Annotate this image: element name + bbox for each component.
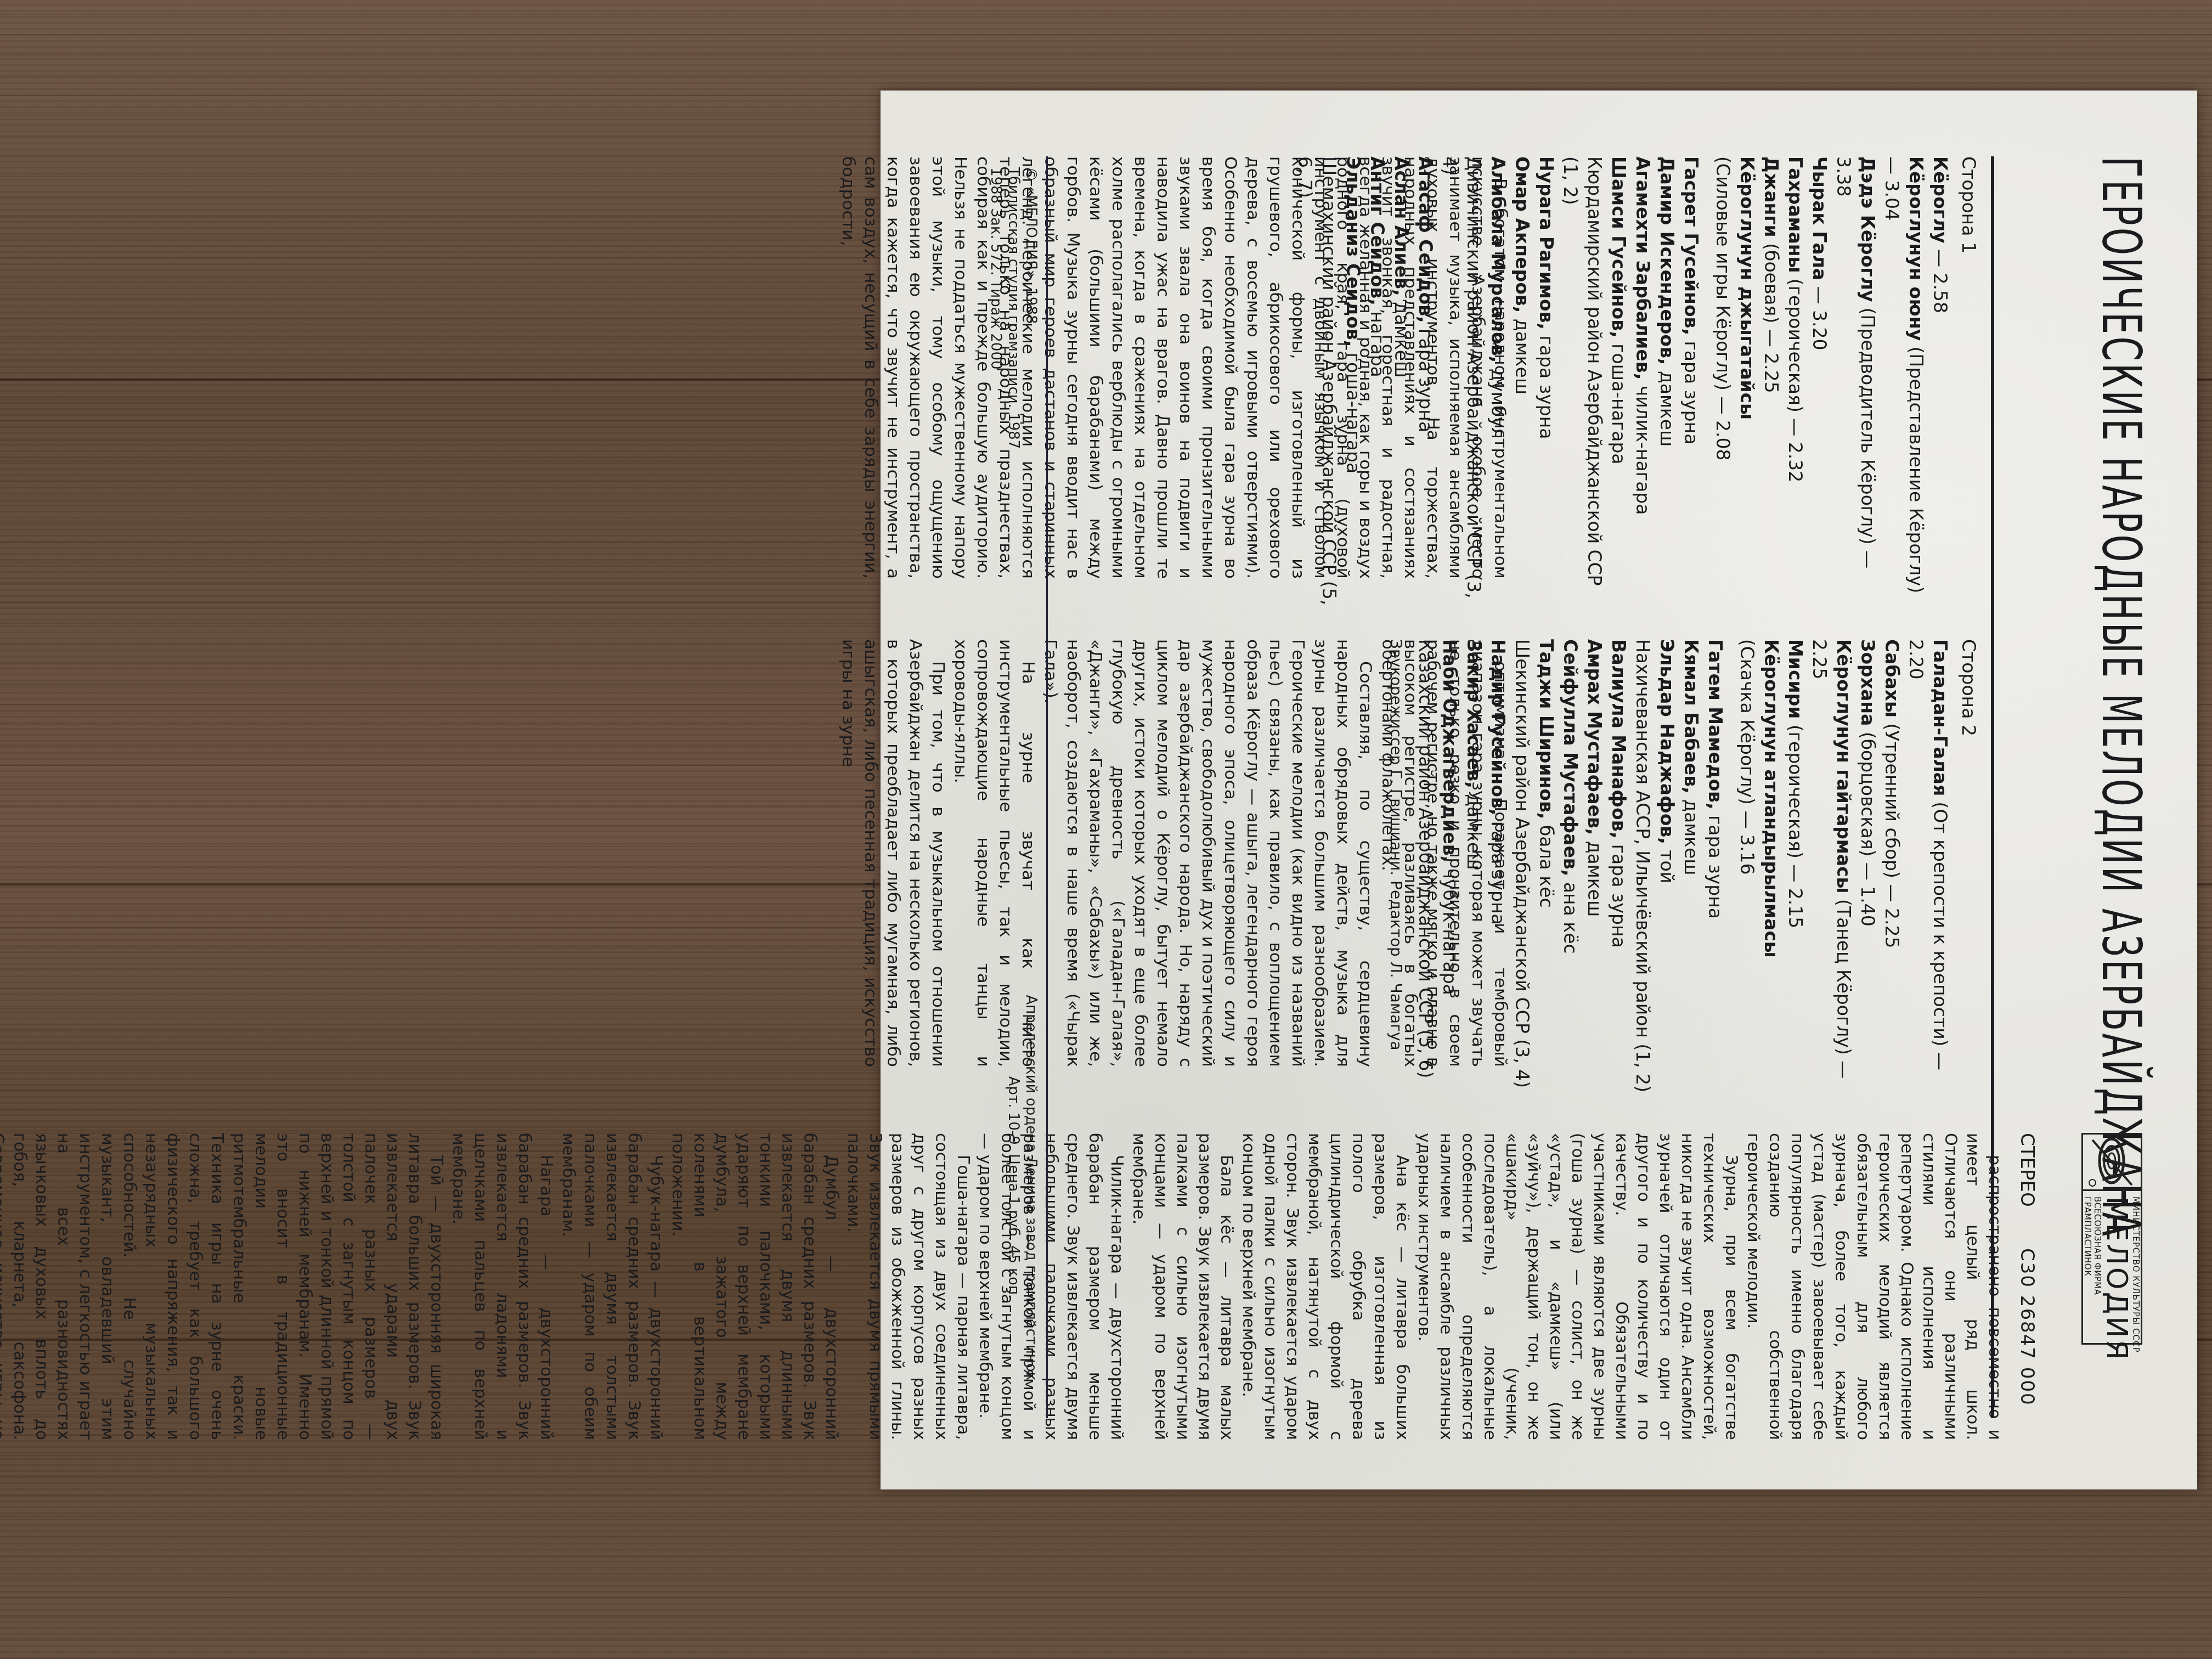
essay-paragraph: оптимизма. Поражает и тембровый диапазон… bbox=[1376, 639, 1511, 1067]
catalog-number: С30 26847 000 bbox=[2016, 1248, 2038, 1406]
essay-paragraph: Зурна, при всем богатстве технических во… bbox=[1413, 1133, 1742, 1440]
track-item: Дэдэ Кёроглу (Предводитель Кёроглу) — 3.… bbox=[1831, 156, 1880, 606]
track-item: Мисири (героическая) — 2.15 bbox=[1783, 639, 1807, 1105]
performer-region: Шекинский район Азербайджанской ССР (3, … bbox=[1510, 639, 1534, 1105]
print-run-line: 1988 Зак. 572. Тираж 2000 bbox=[987, 167, 1005, 449]
essay-paragraph: В богатом народном инструментальном иску… bbox=[837, 156, 1511, 579]
performer: Шамси Гусейнов, гоша-нагара bbox=[1606, 156, 1630, 606]
performer: Эльдар Наджафов, той bbox=[1655, 639, 1679, 1105]
factory-line: Апрелевский ордена Ленина завод грамплас… bbox=[1022, 941, 1040, 1435]
track-item: Кёроглу — 2.58 bbox=[1928, 156, 1952, 606]
track-item: Сабахы (Утренний сбор) — 2.25 bbox=[1880, 639, 1904, 1105]
instrument-description: Ана кёс — литавра больших размеров, изго… bbox=[1237, 1133, 1413, 1440]
track-item: Кёроглунун оюну (Представление Кёроглу) … bbox=[1880, 156, 1928, 606]
track-item: Чырак Гала — 3.20 bbox=[1807, 156, 1831, 606]
footer-factory-block: Апрелевский ордена Ленина завод грамплас… bbox=[1005, 941, 1040, 1435]
price-line: Арт. 10-9. Цена 1 руб. 45 коп. bbox=[1005, 941, 1022, 1435]
performer: Агамехти Зарбалиев, чилик-нагара bbox=[1630, 156, 1655, 606]
performer: Гасрет Гусейнов, гара зурна bbox=[1679, 156, 1703, 606]
track-item: Кёроглунун гайтармасы (Танец Кёроглу) — … bbox=[1807, 639, 1855, 1105]
logo-firm-text: ВСЕСОЮЗНАЯ ФИРМА ГРАМПЛАСТИНОК bbox=[2083, 1197, 2103, 1362]
performer: Нурага Рагимов, гара зурна bbox=[1534, 156, 1558, 606]
instrument-description: Нагара — двухсторонний барабан средних р… bbox=[447, 1133, 557, 1440]
liner-notes-column-2: оптимизма. Поражает и тембровый диапазон… bbox=[837, 639, 1511, 1067]
essay-paragraph: Составляя, по существу, сердцевину народ… bbox=[1039, 639, 1376, 1067]
track-item: Галадан-Галая (От крепости к крепости) —… bbox=[1904, 639, 1952, 1105]
performer: Сейфулла Мустафаев, ана кёс bbox=[1558, 639, 1582, 1105]
track-item: Джанги (боевая) — 2.25 bbox=[1759, 156, 1783, 606]
instrument-description: Той — двухсторонняя широкая литавра боль… bbox=[0, 1133, 447, 1440]
instrument-description: Чубук-нагара — двухсторонний барабан сре… bbox=[557, 1133, 667, 1440]
performer-region: Кюрдамирский район Азербайджанской ССР (… bbox=[1558, 156, 1606, 606]
instrument-description: Бала кёс — литавра малых размеров. Звук … bbox=[1127, 1133, 1237, 1440]
instrument-description: Чилик-нагара — двухсторонний барабан раз… bbox=[974, 1133, 1127, 1440]
bottom-divider bbox=[1046, 156, 1048, 1418]
liner-notes-column-1: В богатом народном инструментальном иску… bbox=[837, 156, 1511, 579]
performer: Дамир Искендеров, дамкеш bbox=[1655, 156, 1679, 606]
track-item: Кёроглунун джыгатайсы(Силовые игры Кёрог… bbox=[1711, 156, 1759, 606]
performer: Омар Акперов, дамкеш bbox=[1510, 156, 1534, 606]
melodiya-logo: МИНИСТЕРСТВО КУЛЬТУРЫ СССР МЕЛОДИЯ ВСЕСО… bbox=[2081, 1133, 2142, 1345]
copyright-line: © «МЕЛОДИЯ», 1988 bbox=[1022, 167, 1040, 449]
performer: Гатем Мамедов, гара зурна bbox=[1703, 639, 1727, 1105]
format-label: СТЕРЕО bbox=[2016, 1133, 2038, 1207]
track-item: Кёроглунун атландырылмасы(Скачка Кёроглу… bbox=[1735, 639, 1783, 1105]
liner-notes-column-3: распространено повсеместно и имеет целый… bbox=[0, 1133, 2005, 1440]
essay-paragraph: При том, что в музыкальном отношении Азе… bbox=[837, 639, 949, 1067]
performer: Таджи Ширинов, бала кёс bbox=[1534, 639, 1558, 1105]
performer: Валиула Манафов, гара зурна bbox=[1606, 639, 1630, 1105]
studio-line: Тбилисская студия грамзаписи. 1987 bbox=[1005, 167, 1022, 449]
side-2-label: Сторона 2 bbox=[1956, 639, 1980, 1105]
track-item: Зорхана (борцовская) — 1.40 bbox=[1855, 639, 1880, 1105]
record-sleeve-back: ГЕРОИЧЕСКИЕ НАРОДНЫЕ МЕЛОДИИ АЗЕРБАЙДЖАН… bbox=[881, 91, 2197, 1489]
performer: Амрах Мустафаев, дамкеш bbox=[1582, 639, 1606, 1105]
footer-copyright-block: © «МЕЛОДИЯ», 1988 Тбилисская студия грам… bbox=[987, 167, 1040, 449]
instrument-description: Гоша-нагара — парная литавра, состоящая … bbox=[842, 1133, 974, 1440]
performer: Кямал Бабаев, дамкеш bbox=[1679, 639, 1703, 1105]
album-title: ГЕРОИЧЕСКИЕ НАРОДНЫЕ МЕЛОДИИ АЗЕРБАЙДЖАН… bbox=[2090, 156, 2152, 1238]
instrument-description: Думбул — двухсторонний барабан средних р… bbox=[667, 1133, 842, 1440]
logo-brand-name: МЕЛОДИЯ bbox=[2103, 1197, 2131, 1362]
side-1-label: Сторона 1 bbox=[1956, 156, 1980, 606]
melodiya-emblem-icon bbox=[2083, 1135, 2141, 1191]
essay-paragraph: распространено повсеместно и имеет целый… bbox=[1742, 1133, 2005, 1440]
track-item: Гахраманы (героическая) — 2.32 bbox=[1783, 156, 1807, 606]
performer-region: Нахичеванская АССР, Ильичёвский район (1… bbox=[1630, 639, 1655, 1105]
